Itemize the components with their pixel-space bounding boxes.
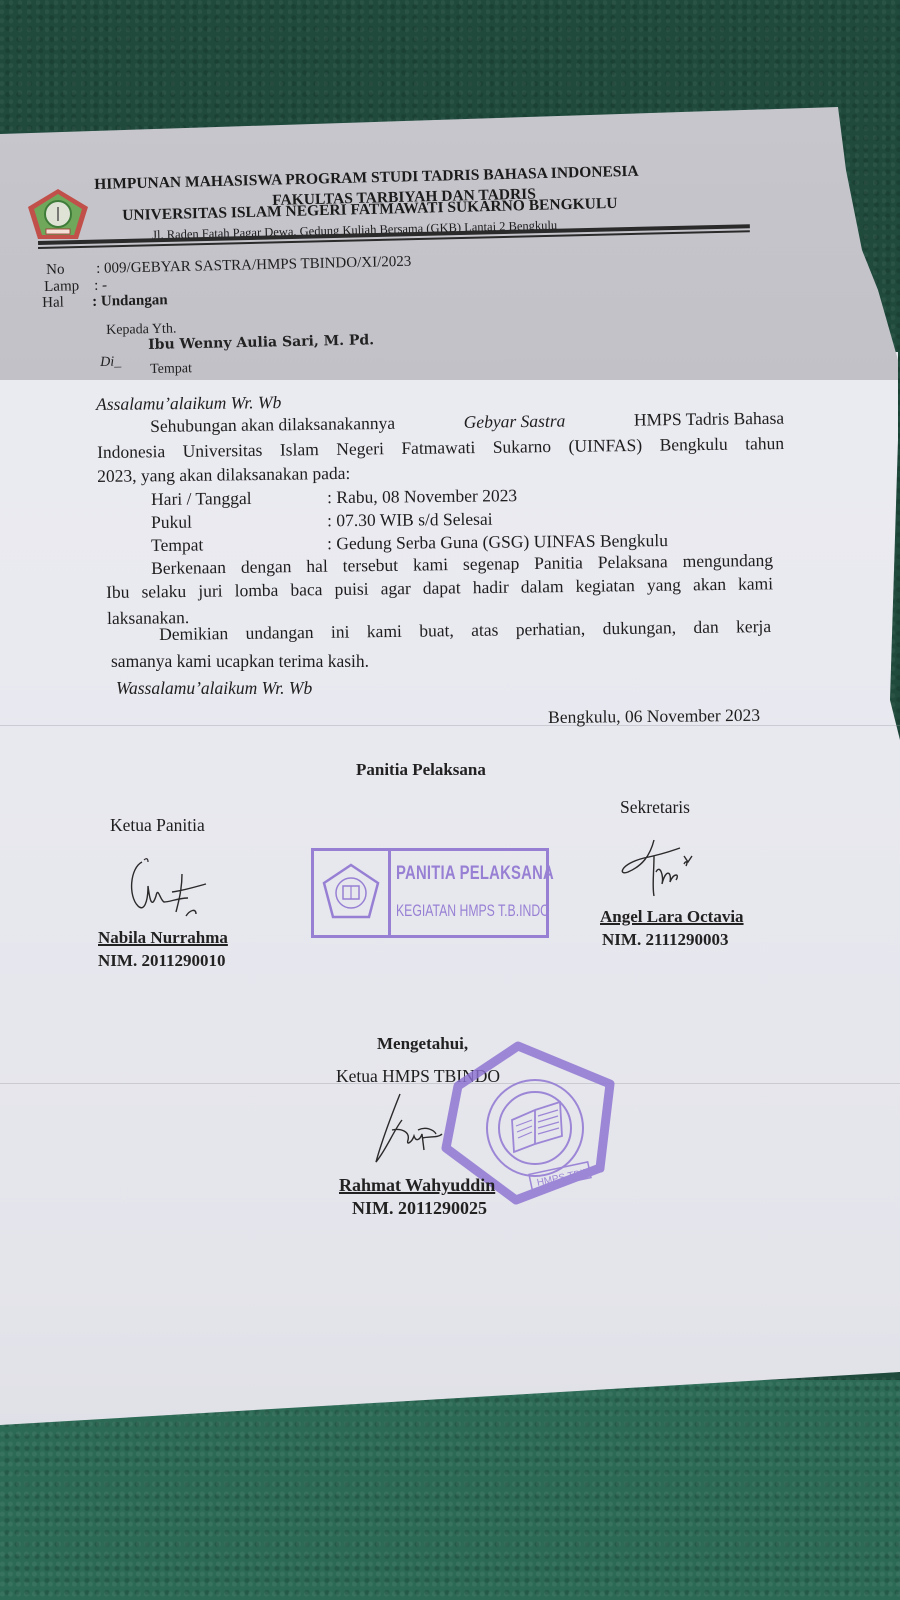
event-name: Gebyar Sastra xyxy=(464,411,566,433)
event-detail-label: Hari / Tanggal xyxy=(151,487,327,510)
closing-salutation: Wassalamu’alaikum Wr. Wb xyxy=(116,678,312,699)
event-detail-row: Pukul: 07.30 WIB s/d Selesai xyxy=(151,509,493,533)
university-logo-icon xyxy=(26,187,90,246)
event-detail-value: : Gedung Serba Guna (GSG) UINFAS Bengkul… xyxy=(327,530,668,553)
approver-signature xyxy=(372,1090,452,1175)
committee-stamp-logo-icon xyxy=(314,851,388,935)
recipient-di: Di_ xyxy=(100,355,121,371)
secretary-role: Sekretaris xyxy=(620,797,690,818)
event-detail-value: : 07.30 WIB s/d Selesai xyxy=(327,509,493,531)
secretary-nim: NIM. 2111290003 xyxy=(602,930,729,950)
paragraph-1-line-3: 2023, yang akan dilaksanakan pada: xyxy=(97,463,350,487)
approver-name: Rahmat Wahyuddin xyxy=(339,1175,495,1196)
committee-stamp: PANITIA PELAKSANA KEGIATAN HMPS T.B.INDO xyxy=(311,848,549,938)
fold-crease xyxy=(0,725,900,726)
paragraph-3-line-2: samanya kami ucapkan terima kasih. xyxy=(111,651,369,672)
approver-nim: NIM. 2011290025 xyxy=(352,1198,487,1219)
event-detail-row: Hari / Tanggal: Rabu, 08 November 2023 xyxy=(151,485,517,510)
event-detail-label: Tempat xyxy=(151,533,327,556)
event-detail-value: : Rabu, 08 November 2023 xyxy=(327,485,517,507)
opening-salutation: Assalamu’alaikum Wr. Wb xyxy=(96,392,281,415)
committee-stamp-line2: KEGIATAN HMPS T.B.INDO xyxy=(396,901,550,921)
chair-signature xyxy=(126,856,216,929)
place-date: Bengkulu, 06 November 2023 xyxy=(548,705,760,728)
event-detail-label: Pukul xyxy=(151,510,327,533)
secretary-name: Angel Lara Octavia xyxy=(600,907,744,927)
secretary-signature xyxy=(614,836,700,911)
committee-stamp-line1: PANITIA PELAKSANA xyxy=(396,863,554,885)
letter-subject: Hal: Undangan xyxy=(42,292,168,312)
chair-name: Nabila Nurrahma xyxy=(98,928,228,948)
chair-nim: NIM. 2011290010 xyxy=(98,951,226,971)
recipient-place: Tempat xyxy=(150,361,192,378)
hmps-stamp-text: HMPS TBINDO xyxy=(536,1164,606,1189)
chair-role: Ketua Panitia xyxy=(110,815,205,836)
committee-title: Panitia Pelaksana xyxy=(356,760,486,780)
